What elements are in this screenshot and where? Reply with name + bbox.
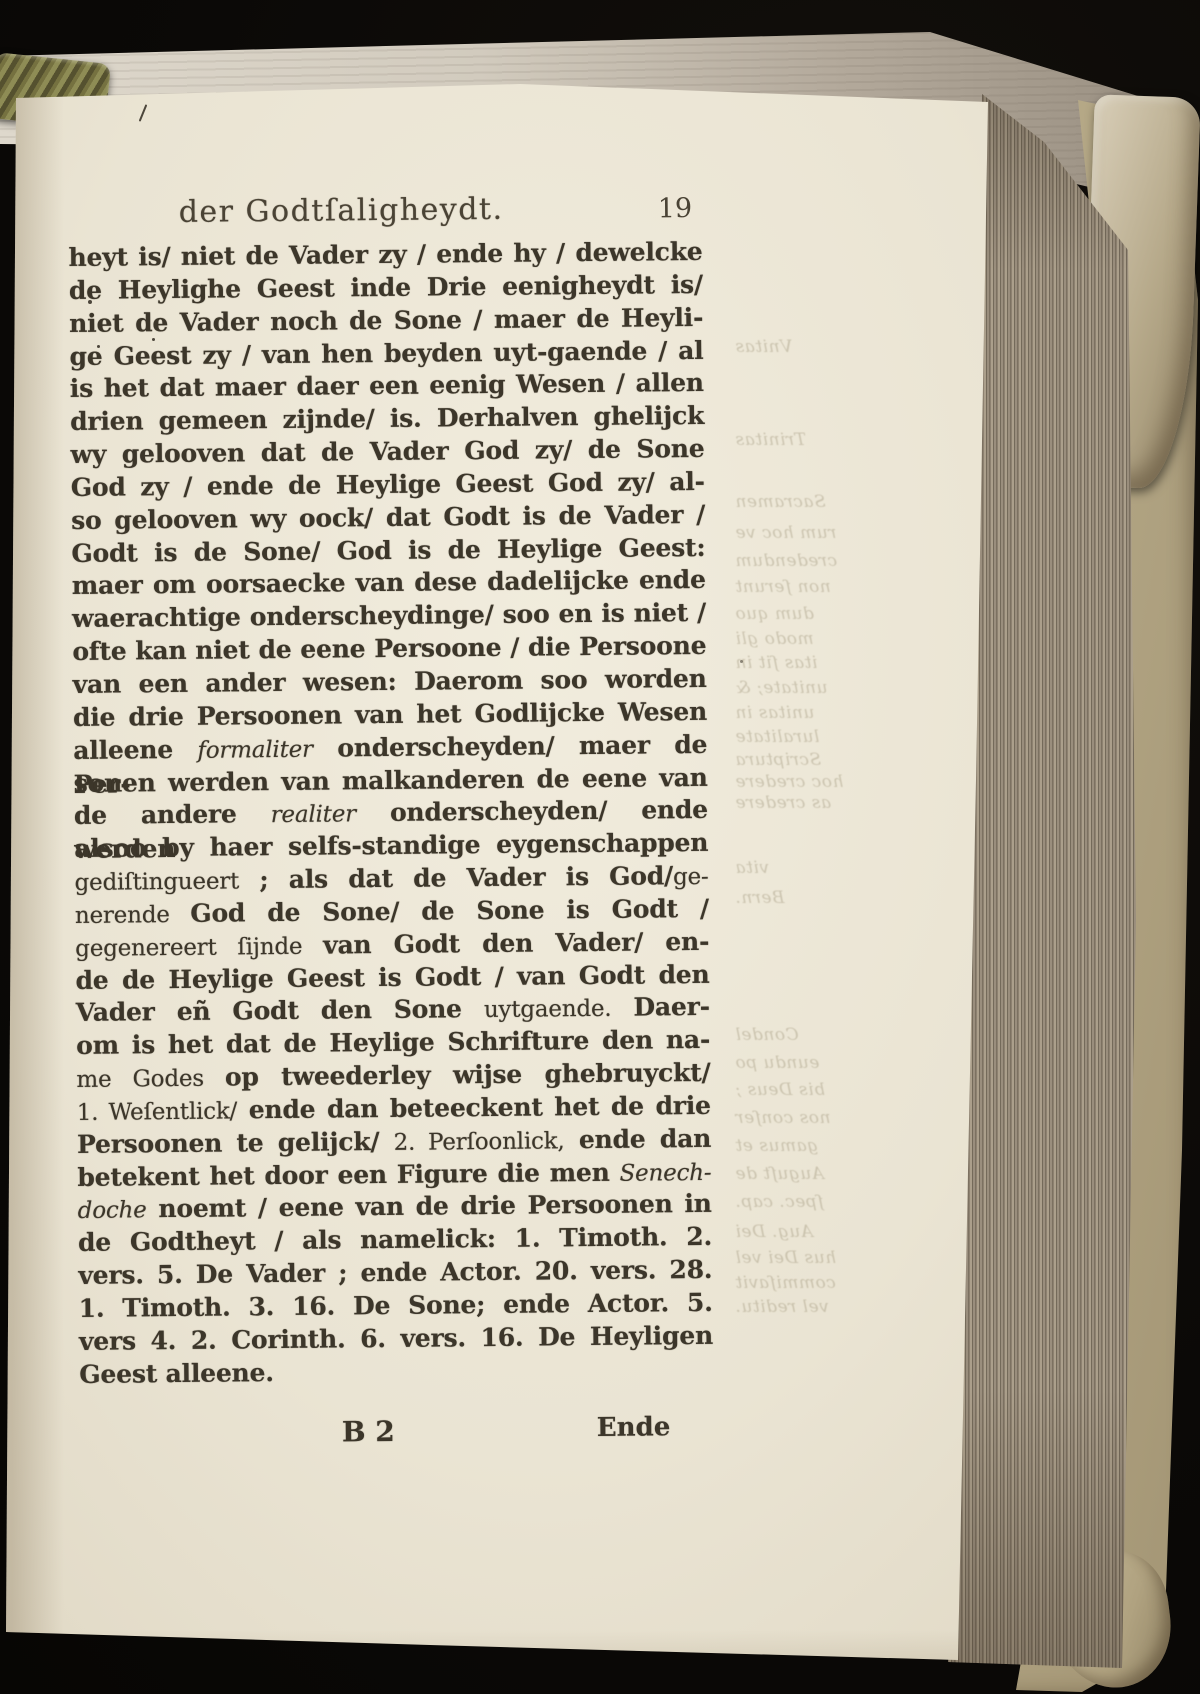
text-segment: op tweederley wijse ghebruyckt/ <box>225 1058 711 1092</box>
folio-number: 19 <box>614 193 702 225</box>
text-segment: de de Heylige Geest is Godt / van Godt d… <box>75 959 709 994</box>
showthrough-fragment: Trinitas <box>735 430 806 450</box>
text-segment: noemt / eene van de drie Persoonen in <box>146 1189 711 1223</box>
showthrough-fragment: nos conſer <box>735 1108 831 1128</box>
showthrough-fragment: rum hoc ve <box>735 523 836 543</box>
text-segment: sonen werden van malkanderen de eene van <box>73 762 707 797</box>
text-segment: 1. Timoth. 3. 16. De Sone; ende Actor. 5… <box>79 1288 713 1323</box>
showthrough-fragment: Auguſt de <box>735 1164 824 1184</box>
showthrough-fragment: hoc credere <box>735 772 843 792</box>
text-segment: die drie Persoonen van het Godlijcke Wes… <box>73 697 707 732</box>
showthrough-fragment: vita <box>735 858 769 878</box>
showthrough-fragment: bis Deus ; <box>735 1080 825 1100</box>
text-segment: ge- <box>673 864 709 890</box>
text-segment: alsoo by haer selfs-standige eygenschapp… <box>74 828 708 863</box>
text-segment: de andere <box>74 799 271 830</box>
text-block: heyt is/ niet de Vader zy / ende hy / de… <box>68 236 713 1392</box>
text-segment: gegenereert ſijnde <box>75 933 323 961</box>
text-segment: Senech- <box>619 1159 711 1186</box>
showthrough-fragment: credendum <box>735 551 837 571</box>
text-segment: Daer- <box>611 992 710 1022</box>
showthrough-fragment: modo gli <box>735 629 814 649</box>
photo-scene: VnitasTrinitasSacramenrum hoc vecredendu… <box>0 0 1200 1694</box>
text-segment: drien gemeen zijnde/ is. Derhalven gheli… <box>70 401 704 436</box>
text-segment: van een ander wesen: Daerom soo worden <box>73 664 707 699</box>
showthrough-fragment: Vnitas <box>735 337 792 357</box>
header-title: der Godtſaligheydt. <box>68 191 614 231</box>
text-line: Geest alleene. <box>79 1353 713 1392</box>
text-segment: gediſtingueert <box>74 868 239 896</box>
text-segment: ende dan <box>564 1124 711 1154</box>
showthrough-fragment: ſpec. cap. <box>735 1192 824 1212</box>
showthrough-fragment: Condel <box>735 1025 799 1045</box>
text-segment: vers 4. 2. Corinth. 6. vers. 16. De Heyl… <box>79 1321 713 1356</box>
showthrough-fragment: luralitate <box>735 727 819 747</box>
showthrough-fragment: Sacramen <box>735 492 826 512</box>
text-line: so gelooven wy oock/ dat Godt is de Vade… <box>71 499 705 538</box>
text-segment: ofte kan niet de eene Persoone / die Per… <box>72 631 706 666</box>
text-segment: de Godtheyt / als namelick: 1. Timoth. 2… <box>78 1222 712 1257</box>
text-line: vers 4. 2. Corinth. 6. vers. 16. De Heyl… <box>79 1320 713 1359</box>
showthrough-fragment: Aug. Dei <box>735 1222 813 1242</box>
text-segment: Vader eñ Godt den Sone <box>76 994 484 1027</box>
running-header: der Godtſaligheydt. 19 <box>68 190 702 242</box>
text-segment: waerachtige onderscheydinge/ soo en is n… <box>72 598 706 633</box>
text-segment: me Godes <box>76 1066 225 1093</box>
paper-speck <box>88 300 92 304</box>
text-segment: formaliter <box>197 736 313 763</box>
paper-speck <box>97 345 100 348</box>
paper-speck <box>740 660 743 663</box>
page-content: der Godtſaligheydt. 19 heyt is/ niet de … <box>68 190 714 1466</box>
showthrough-fragment: vel reditu. <box>735 1297 829 1317</box>
showthrough-fragment: non ſerunt <box>735 577 831 597</box>
paper-speck <box>152 338 155 341</box>
text-line: niet de Vader noch de Sone / maer de Hey… <box>69 302 703 341</box>
text-segment: 1. Weſentlick/ <box>77 1098 238 1126</box>
text-segment: Godt is de Sone/ God is de Heylige Geest… <box>71 532 705 567</box>
text-segment: realiter <box>271 802 357 829</box>
text-segment: ende dan beteeckent het de drie <box>237 1091 711 1125</box>
text-segment: wy gelooven dat de Vader God zy/ de Sone <box>70 434 704 469</box>
showthrough-fragment: dum quo <box>735 604 814 624</box>
text-line: gegenereert ſijnde van Godt den Vader/ e… <box>75 926 709 965</box>
text-segment: Persoonen te gelijck/ <box>77 1127 394 1159</box>
text-segment: God de Sone/ de Sone is Godt / <box>190 894 709 928</box>
text-line: Persoonen te gelijck/ 2. Perſoonlick, en… <box>77 1123 711 1162</box>
showthrough-fragment: itas ſit in <box>735 653 817 673</box>
text-segment: nerende <box>75 902 191 929</box>
text-segment: doche <box>78 1198 147 1225</box>
text-segment: so gelooven wy oock/ dat Godt is de Vade… <box>71 500 705 535</box>
catchword: Ende <box>597 1412 671 1443</box>
showthrough-fragment: commiſavit <box>735 1273 836 1293</box>
text-segment: niet de Vader noch de Sone / maer de Hey… <box>69 303 703 338</box>
text-line: alleene formaliter onderscheyden/ maer d… <box>73 729 707 768</box>
text-segment: uytgaende. <box>484 996 612 1023</box>
showthrough-fragment: unitate; & <box>735 678 827 698</box>
text-segment: is het dat maer daer een eenig Wesen / a… <box>70 368 704 403</box>
text-segment: betekent het door een Figure die men <box>77 1157 619 1191</box>
text-segment: alleene <box>73 734 197 764</box>
showthrough-fragment: eundu po <box>735 1053 819 1073</box>
showthrough-fragment: gamus et <box>735 1136 818 1156</box>
showthrough-fragment: unitas in <box>735 703 814 723</box>
text-segment: ge Geest zy / van hen beyden uyt-gaende … <box>69 335 703 370</box>
signature-mark: B 2 <box>342 1414 395 1448</box>
text-segment: heyt is/ niet de Vader zy / ende hy / de… <box>68 237 702 272</box>
text-segment: van Godt den Vader/ en- <box>323 927 709 960</box>
text-segment: vers. 5. De Vader ; ende Actor. 20. vers… <box>78 1255 712 1290</box>
footer-row: B 2 Ende <box>80 1411 714 1465</box>
text-segment: maer om oorsaecke van dese dadelijcke en… <box>72 565 706 600</box>
text-segment: om is het dat de Heylige Schrifture den … <box>76 1025 710 1060</box>
showthrough-fragment: Bern. <box>735 888 785 908</box>
showthrough-fragment: Scriptura <box>735 750 821 770</box>
showthrough-fragment: as credere <box>735 793 831 813</box>
showthrough-fragment: hus Dei vel <box>735 1248 836 1268</box>
text-segment: de Heylighe Geest inde Drie eenigheydt i… <box>69 270 703 305</box>
text-segment: 2. Perſoonlick, <box>394 1128 565 1156</box>
text-segment: God zy / ende de Heylige Geest God zy/ a… <box>71 467 705 502</box>
text-segment: ; als dat de Vader is God/ <box>239 861 673 894</box>
text-segment: Geest alleene. <box>79 1358 274 1389</box>
